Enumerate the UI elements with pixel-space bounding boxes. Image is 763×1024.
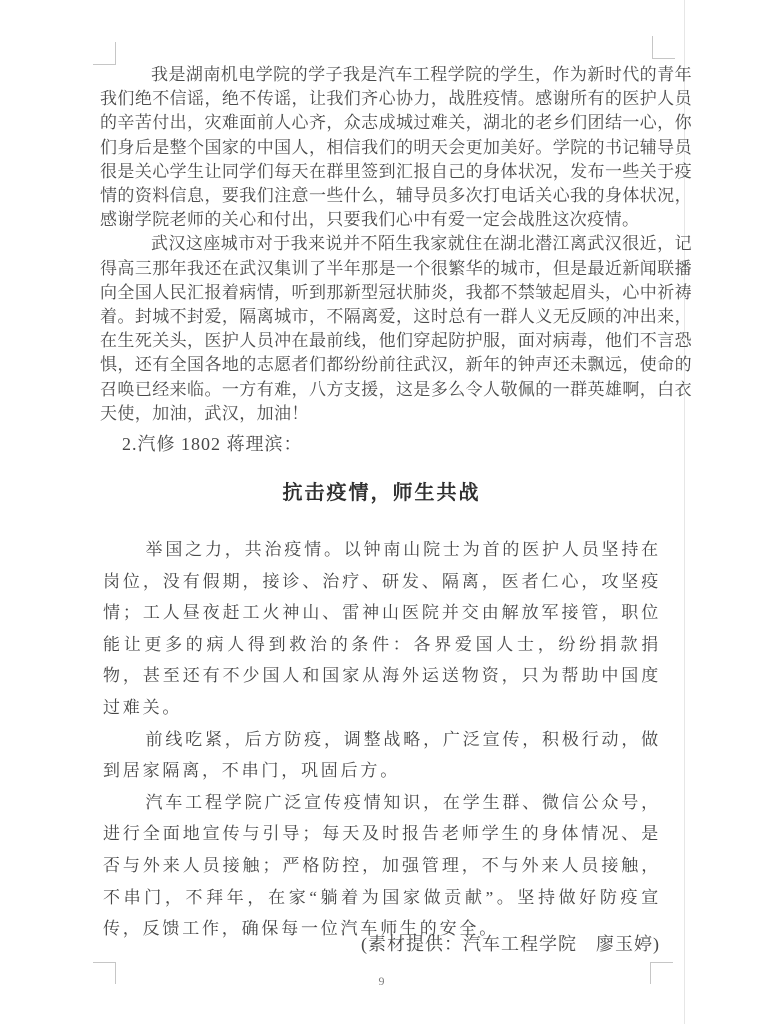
section-text-block: 举国之力，共治疫情。以钟南山院士为首的医护人员坚持在岗位，没有假期，接诊、治疗、… — [103, 534, 661, 945]
section-title: 抗击疫情，师生共战 — [0, 476, 763, 505]
body-paragraph-2: 武汉这座城市对于我来说并不陌生我家就住在湖北潜江离武汉很近，记得高三那年我还在武… — [100, 232, 692, 426]
item-label: 2.汽修 1802 蒋理滨： — [122, 430, 303, 456]
document-page: 我是湖南机电学院的学子我是汽车工程学院的学生，作为新时代的青年我们绝不信谣，绝不… — [0, 0, 763, 1024]
page-number: 9 — [0, 974, 763, 989]
body-text-block: 我是湖南机电学院的学子我是汽车工程学院的学生，作为新时代的青年我们绝不信谣，绝不… — [100, 63, 692, 426]
section-paragraph-2: 前线吃紧，后方防疫，调整战略，广泛宣传，积极行动，做到居家隔离，不串门，巩固后方… — [103, 724, 661, 787]
section-paragraph-1: 举国之力，共治疫情。以钟南山院士为首的医护人员坚持在岗位，没有假期，接诊、治疗、… — [103, 534, 661, 724]
credit-line: (素材提供：汽车工程学院 廖玉婷) — [0, 930, 660, 956]
section-paragraph-3: 汽车工程学院广泛宣传疫情知识，在学生群、微信公众号，进行全面地宣传与引导；每天及… — [103, 787, 661, 945]
crop-mark-top-left — [93, 42, 116, 65]
body-paragraph-1: 我是湖南机电学院的学子我是汽车工程学院的学生，作为新时代的青年我们绝不信谣，绝不… — [100, 63, 692, 232]
crop-mark-top-right — [652, 36, 675, 59]
